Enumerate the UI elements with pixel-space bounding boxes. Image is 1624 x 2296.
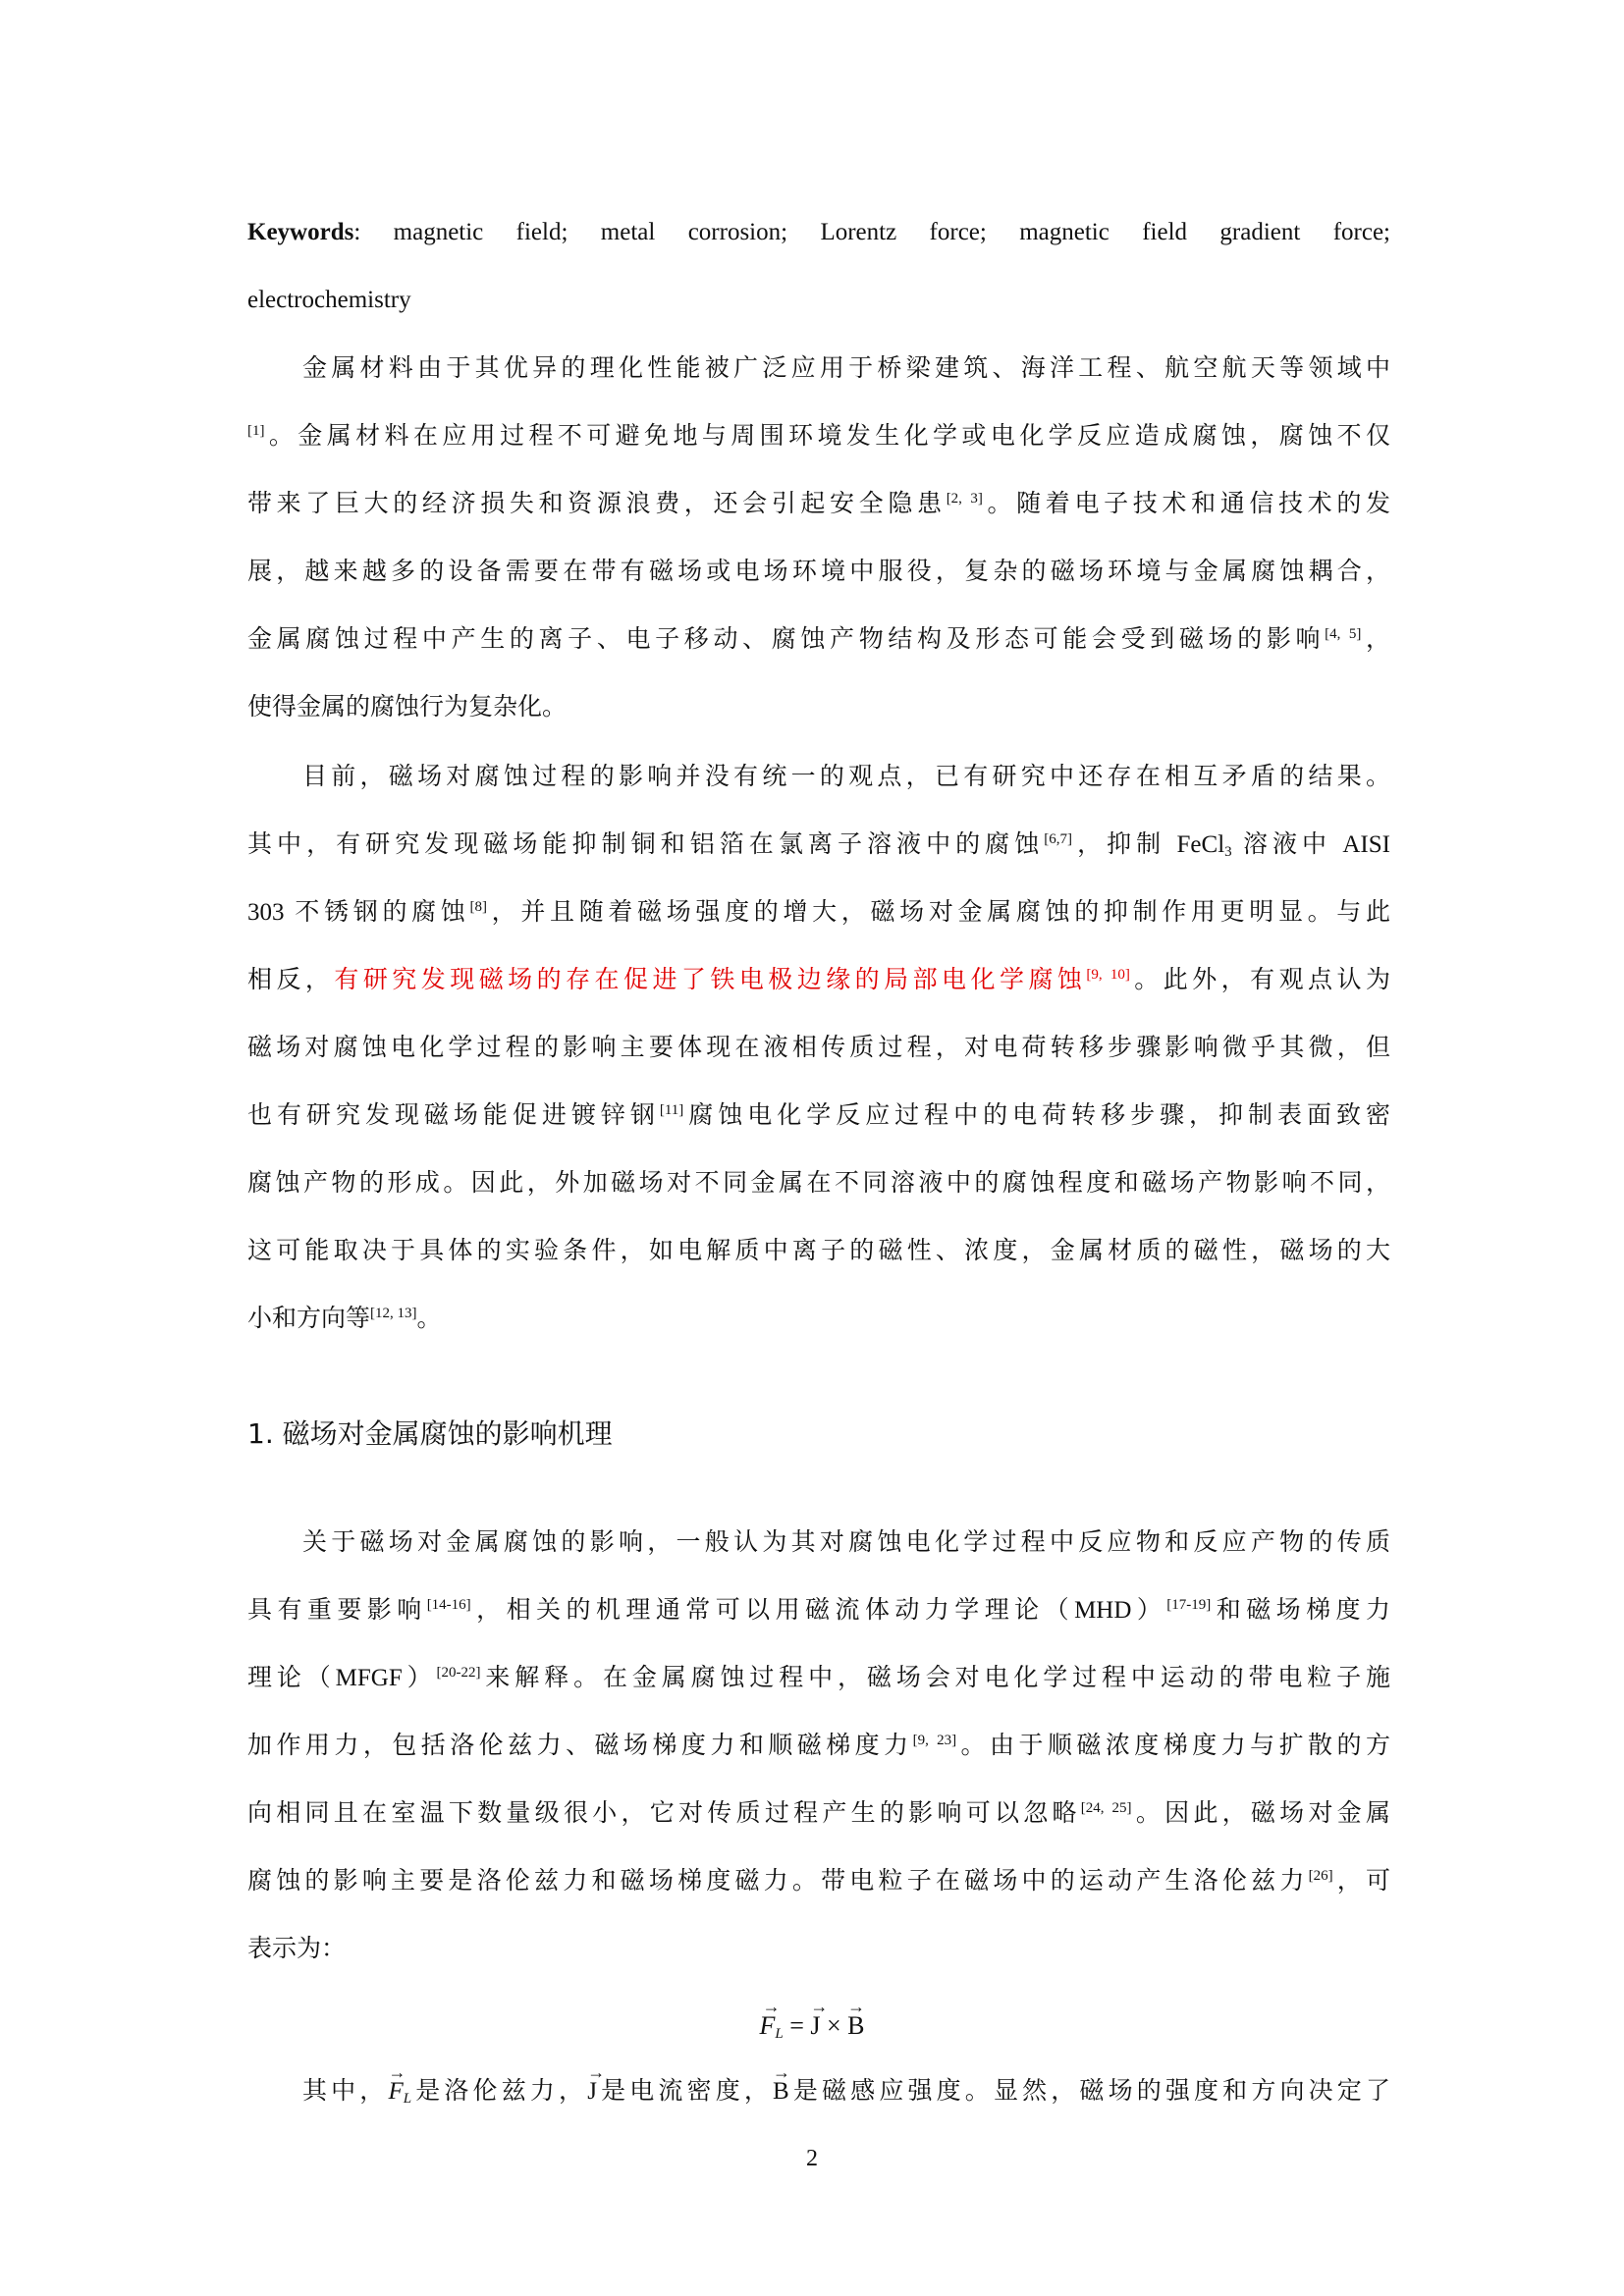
subscript: 3 bbox=[1224, 844, 1232, 860]
p1-line-2: [1]。金属材料在应用过程不可避免地与周围环境发生化学或电化学反应造成腐蚀，腐蚀… bbox=[247, 420, 1390, 454]
text: 带来了巨大的经济损失和资源浪费，还会引起安全隐患 bbox=[247, 491, 947, 517]
p2-line-6: 也有研究发现磁场能促进镀锌钢[11]腐蚀电化学反应过程中的电荷转移步骤，抑制表面… bbox=[247, 1099, 1390, 1133]
citation: [11] bbox=[660, 1102, 683, 1118]
text: 向相同且在室温下数量级很小，它对传质过程产生的影响可以忽略 bbox=[247, 1800, 1081, 1827]
p1-line-5: 金属腐蚀过程中产生的离子、电子移动、腐蚀产物结构及形态可能会受到磁场的影响[4,… bbox=[247, 623, 1390, 657]
p3-line-2: 具有重要影响[14-16]，相关的机理通常可以用磁流体动力学理论（MHD）[17… bbox=[247, 1594, 1390, 1628]
page-number: 2 bbox=[0, 2146, 1624, 2172]
equals-sign: = bbox=[784, 2011, 811, 2040]
vector-fl: FL bbox=[759, 2006, 783, 2046]
text: 。因此，磁场对金属 bbox=[1132, 1800, 1390, 1827]
text: ，可 bbox=[1333, 1868, 1390, 1895]
symbol-f: F bbox=[388, 2078, 403, 2105]
symbol-l: L bbox=[404, 2091, 411, 2107]
text: 。此外，有观点认为 bbox=[1130, 967, 1390, 993]
text: 理论（MFGF） bbox=[247, 1665, 437, 1691]
citation: [14-16] bbox=[427, 1597, 471, 1613]
text: 小和方向等 bbox=[247, 1306, 370, 1332]
text: 金属腐蚀过程中产生的离子、电子移动、腐蚀产物结构及形态可能会受到磁场的影响 bbox=[247, 626, 1325, 653]
text: 是洛伦兹力， bbox=[411, 2078, 587, 2105]
text: 是磁感应强度。显然，磁场的强度和方向决定了 bbox=[789, 2078, 1390, 2105]
text: ， bbox=[1361, 626, 1390, 653]
citation: [26] bbox=[1309, 1868, 1333, 1884]
vector-j: J bbox=[587, 2075, 597, 2109]
text: ，并且随着磁场强度的增大，磁场对金属腐蚀的抑制作用更明显。与此 bbox=[487, 899, 1390, 926]
p2-line-2: 其中，有研究发现磁场能抑制铜和铝箔在氯离子溶液中的腐蚀[6,7]，抑制 FeCl… bbox=[247, 828, 1390, 862]
text: 加作用力，包括洛伦兹力、磁场梯度力和顺磁梯度力 bbox=[247, 1733, 913, 1759]
p2-line-4: 相反，有研究发现磁场的存在促进了铁电极边缘的局部电化学腐蚀[9, 10]。此外，… bbox=[247, 964, 1390, 997]
vector-b: B bbox=[773, 2075, 789, 2109]
p3-line-5: 向相同且在室温下数量级很小，它对传质过程产生的影响可以忽略[24, 25]。因此… bbox=[247, 1797, 1390, 1831]
keywords-label: Keywords bbox=[247, 219, 353, 245]
citation: [9, 23] bbox=[913, 1733, 956, 1748]
text: 来解释。在金属腐蚀过程中，磁场会对电化学过程中运动的带电粒子施 bbox=[481, 1665, 1390, 1691]
text: 。由于顺磁浓度梯度力与扩散的方 bbox=[956, 1733, 1390, 1759]
p2-line-8: 这可能取决于具体的实验条件，如电解质中离子的磁性、浓度，金属材质的磁性，磁场的大 bbox=[247, 1235, 1390, 1268]
text: 。 bbox=[417, 1306, 442, 1332]
citation: [17-19] bbox=[1166, 1597, 1211, 1613]
text: 具有重要影响 bbox=[247, 1597, 427, 1624]
p1-line-1: 金属材料由于其优异的理化性能被广泛应用于桥梁建筑、海洋工程、航空航天等领域中 bbox=[302, 352, 1390, 386]
citation: [6,7] bbox=[1044, 831, 1072, 847]
p4-line-1: 其中，FL是洛伦兹力，J是电流密度，B是磁感应强度。显然，磁场的强度和方向决定了 bbox=[302, 2075, 1390, 2109]
text: 。金属材料在应用过程不可避免地与周围环境发生化学或电化学反应造成腐蚀，腐蚀不仅 bbox=[265, 423, 1391, 450]
section-title: 磁场对金属腐蚀的影响机理 bbox=[283, 1417, 613, 1450]
text: ，抑制 FeCl bbox=[1072, 831, 1224, 858]
citation: [12, 13] bbox=[370, 1306, 417, 1321]
text: 溶液中 AISI bbox=[1232, 831, 1390, 858]
vector-b: B bbox=[847, 2006, 864, 2046]
p2-line-1: 目前，磁场对腐蚀过程的影响并没有统一的观点，已有研究中还存在相互矛盾的结果。 bbox=[302, 761, 1390, 794]
vector-fl: FL bbox=[388, 2075, 411, 2109]
vector-j: J bbox=[810, 2006, 820, 2046]
keywords-line-1: Keywords: magnetic field; metal corrosio… bbox=[247, 216, 1390, 249]
text: 。随着电子技术和通信技术的发 bbox=[983, 491, 1390, 517]
text: 是电流密度， bbox=[597, 2078, 773, 2105]
p3-line-6: 腐蚀的影响主要是洛伦兹力和磁场梯度磁力。带电粒子在磁场中的运动产生洛伦兹力[26… bbox=[247, 1865, 1390, 1898]
p3-line-4: 加作用力，包括洛伦兹力、磁场梯度力和顺磁梯度力[9, 23]。由于顺磁浓度梯度力… bbox=[247, 1730, 1390, 1763]
keywords-text: : magnetic field; metal corrosion; Loren… bbox=[353, 219, 1390, 245]
p1-line-6: 使得金属的腐蚀行为复杂化。 bbox=[247, 691, 1390, 724]
citation: [1] bbox=[247, 423, 265, 439]
text: 相反， bbox=[247, 967, 334, 993]
text: ，相关的机理通常可以用磁流体动力学理论（MHD） bbox=[471, 1597, 1167, 1624]
text: 也有研究发现磁场能促进镀锌钢 bbox=[247, 1102, 660, 1129]
text: 303 不锈钢的腐蚀 bbox=[247, 899, 470, 926]
p3-line-3: 理论（MFGF）[20-22]来解释。在金属腐蚀过程中，磁场会对电化学过程中运动… bbox=[247, 1662, 1390, 1695]
citation: [4, 5] bbox=[1325, 626, 1361, 642]
text: 腐蚀电化学反应过程中的电荷转移步骤，抑制表面致密 bbox=[683, 1102, 1390, 1129]
section-number: 1. bbox=[247, 1417, 274, 1450]
section-heading: 1. 磁场对金属腐蚀的影响机理 bbox=[247, 1416, 613, 1452]
p3-line-1: 关于磁场对金属腐蚀的影响，一般认为其对腐蚀电化学过程中反应物和反应产物的传质 bbox=[302, 1526, 1390, 1560]
symbol-f: F bbox=[759, 2011, 775, 2040]
lorentz-force-equation: FL = J × B bbox=[0, 2006, 1624, 2046]
keywords-line-2: electrochemistry bbox=[247, 284, 1390, 317]
p3-line-7: 表示为： bbox=[247, 1933, 1390, 1966]
p2-line-9: 小和方向等[12, 13]。 bbox=[247, 1303, 1390, 1336]
citation: [20-22] bbox=[437, 1665, 481, 1681]
citation: [8] bbox=[470, 899, 488, 915]
highlighted-text: 有研究发现磁场的存在促进了铁电极边缘的局部电化学腐蚀 bbox=[334, 967, 1086, 993]
symbol-l: L bbox=[775, 2026, 783, 2042]
p2-line-3: 303 不锈钢的腐蚀[8]，并且随着磁场强度的增大，磁场对金属腐蚀的抑制作用更明… bbox=[247, 896, 1390, 930]
p2-line-5: 磁场对腐蚀电化学过程的影响主要体现在液相传质过程，对电荷转移步骤影响微乎其微，但 bbox=[247, 1032, 1390, 1065]
p2-line-7: 腐蚀产物的形成。因此，外加磁场对不同金属在不同溶液中的腐蚀程度和磁场产物影响不同… bbox=[247, 1167, 1390, 1201]
citation: [2, 3] bbox=[947, 491, 983, 507]
p1-line-3: 带来了巨大的经济损失和资源浪费，还会引起安全隐患[2, 3]。随着电子技术和通信… bbox=[247, 488, 1390, 521]
citation: [9, 10] bbox=[1086, 967, 1129, 983]
text: 其中， bbox=[302, 2078, 388, 2105]
citation: [24, 25] bbox=[1081, 1800, 1132, 1816]
text: 腐蚀的影响主要是洛伦兹力和磁场梯度磁力。带电粒子在磁场中的运动产生洛伦兹力 bbox=[247, 1868, 1309, 1895]
text: 和磁场梯度力 bbox=[1211, 1597, 1390, 1624]
text: 其中，有研究发现磁场能抑制铜和铝箔在氯离子溶液中的腐蚀 bbox=[247, 831, 1044, 858]
p1-line-4: 展，越来越多的设备需要在带有磁场或电场环境中服役，复杂的磁场环境与金属腐蚀耦合， bbox=[247, 556, 1390, 589]
